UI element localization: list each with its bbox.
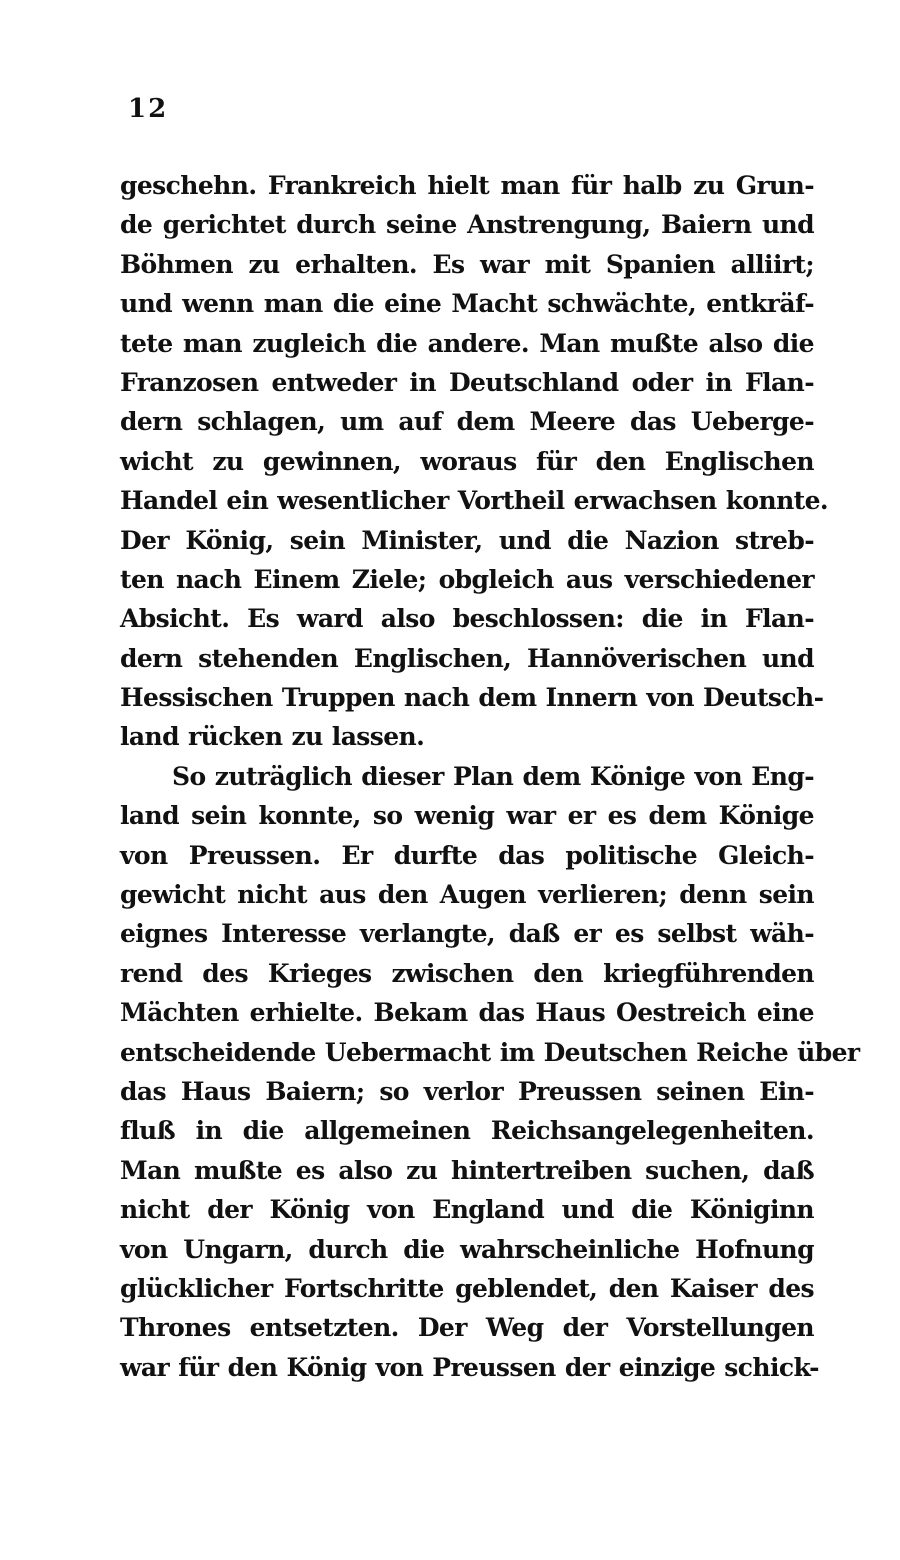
text-line: Mächten erhielte. Bekam das Haus Oestrei… [120, 993, 814, 1032]
text-line: Thrones entsetzten. Der Weg der Vorstell… [120, 1308, 814, 1347]
paragraph-end-line: land rücken zu lassen. [120, 717, 814, 756]
text-line: geschehn. Frankreich hielt man für halb … [120, 166, 814, 205]
text-line: eignes Interesse verlangte, daß er es se… [120, 914, 814, 953]
body-text: geschehn. Frankreich hielt man für halb … [120, 166, 814, 1387]
text-line: de gerichtet durch seine Anstrengung, Ba… [120, 205, 814, 244]
book-page: 12 geschehn. Frankreich hielt man für ha… [0, 0, 900, 1560]
text-line: gewicht nicht aus den Augen verlieren; d… [120, 875, 814, 914]
text-line: rend des Krieges zwischen den kriegführe… [120, 954, 814, 993]
text-line: und wenn man die eine Macht schwächte, e… [120, 284, 814, 323]
text-line: Hessischen Truppen nach dem Innern von D… [120, 678, 814, 717]
text-line: dern stehenden Englischen, Hannöverische… [120, 639, 814, 678]
text-line: Franzosen entweder in Deutschland oder i… [120, 363, 814, 402]
text-line: von Preussen. Er durfte das politische G… [120, 836, 814, 875]
text-line: Böhmen zu erhalten. Es war mit Spanien a… [120, 245, 814, 284]
text-line: Der König, sein Minister, und die Nazion… [120, 521, 814, 560]
text-line: tete man zugleich die andere. Man mußte … [120, 324, 814, 363]
paragraph-start-line: So zuträglich dieser Plan dem Könige von… [120, 757, 814, 796]
text-line: von Ungarn, durch die wahrscheinliche Ho… [120, 1230, 814, 1269]
text-line: Handel ein wesentlicher Vortheil erwachs… [120, 481, 814, 520]
text-line: wicht zu gewinnen, woraus für den Englis… [120, 442, 814, 481]
text-line: ten nach Einem Ziele; obgleich aus versc… [120, 560, 814, 599]
text-line: das Haus Baiern; so verlor Preussen sein… [120, 1072, 814, 1111]
text-line: entscheidende Uebermacht im Deutschen Re… [120, 1033, 814, 1072]
text-line: Absicht. Es ward also beschlossen: die i… [120, 599, 814, 638]
text-line: Man mußte es also zu hintertreiben suche… [120, 1151, 814, 1190]
text-line: nicht der König von England und die Köni… [120, 1190, 814, 1229]
text-line: dern schlagen, um auf dem Meere das Uebe… [120, 402, 814, 441]
text-line: glücklicher Fortschritte geblendet, den … [120, 1269, 814, 1308]
text-line: war für den König von Preussen der einzi… [120, 1348, 814, 1387]
page-number: 12 [128, 94, 168, 124]
text-line: land sein konnte, so wenig war er es dem… [120, 796, 814, 835]
text-line: fluß in die allgemeinen Reichsangelegenh… [120, 1111, 814, 1150]
